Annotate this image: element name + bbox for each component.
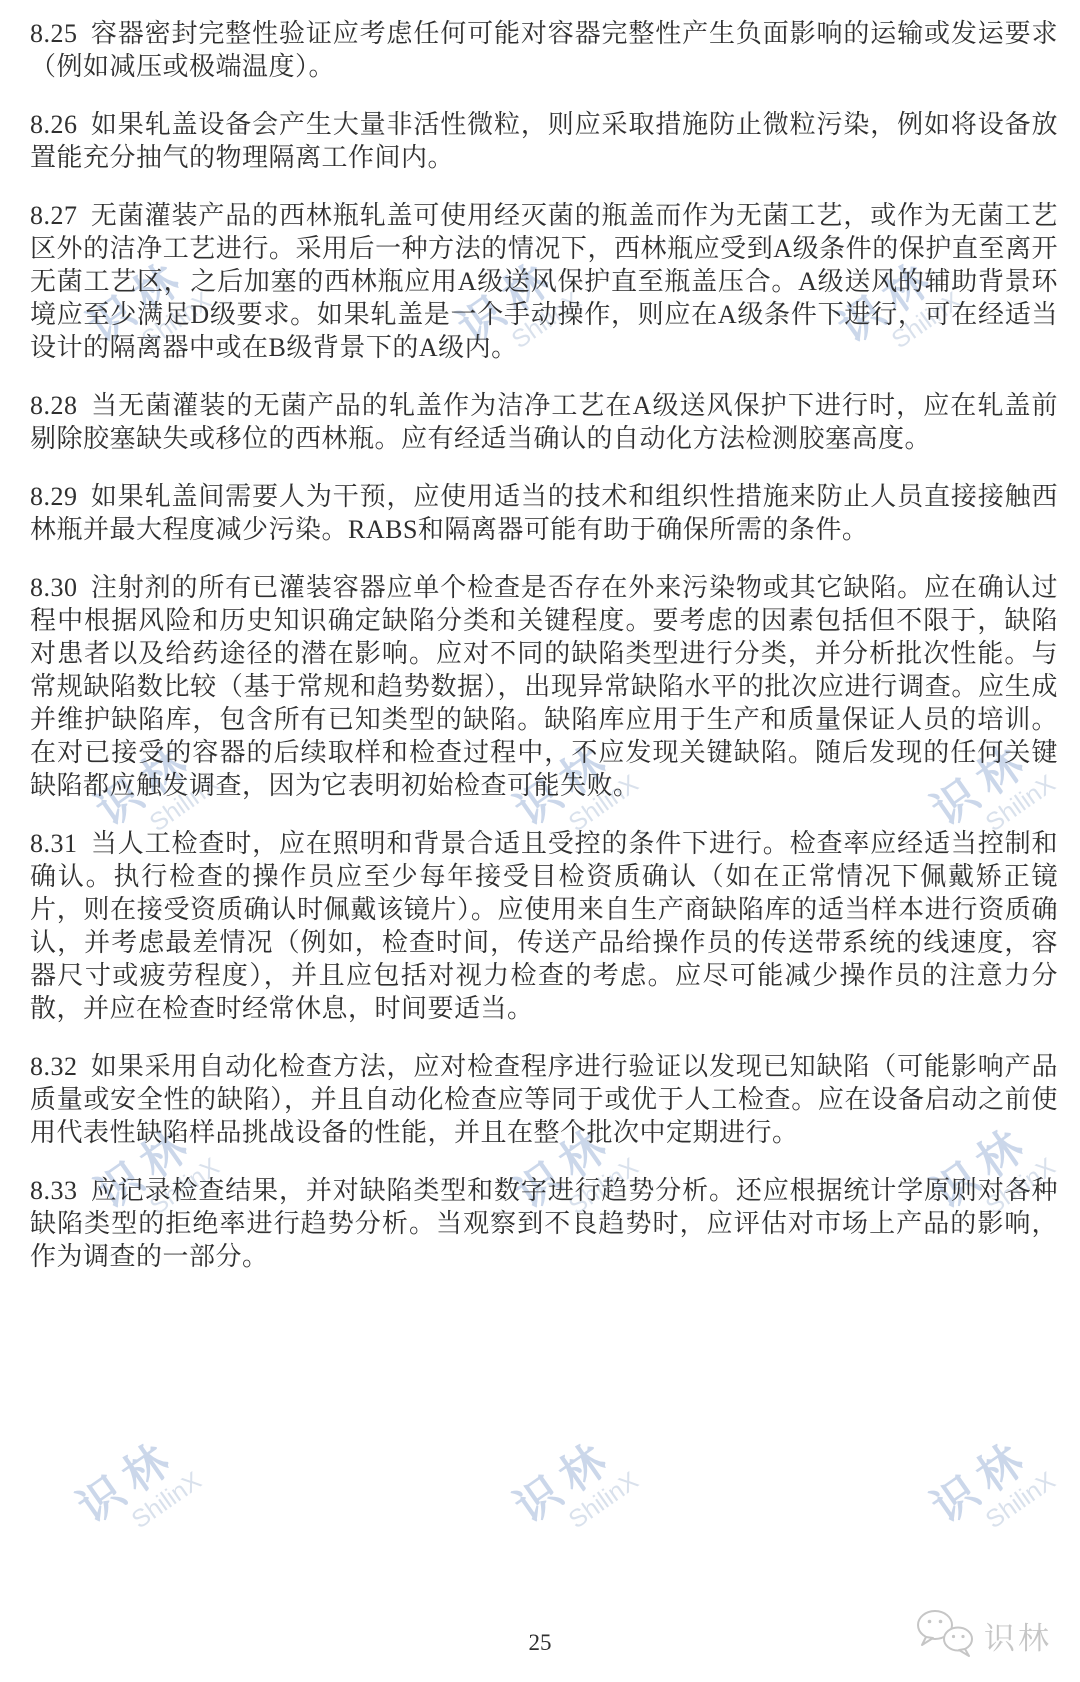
watermark-en-text: ShilinX — [127, 1467, 207, 1535]
watermark-cn-text: 识林 — [63, 1417, 193, 1535]
paragraph: 8.29如果轧盖间需要人为干预，应使用适当的技术和组织性措施来防止人员直接接触西… — [30, 480, 1058, 546]
paragraph: 8.32如果采用自动化检查方法，应对检查程序进行验证以发现已知缺陷（可能影响产品… — [30, 1050, 1058, 1149]
paragraph: 8.26如果轧盖设备会产生大量非活性微粒，则应采取措施防止微粒污染，例如将设备放… — [30, 108, 1058, 174]
watermark: 识林ShilinX — [63, 1417, 207, 1555]
clause-number: 8.33 — [30, 1176, 78, 1205]
paragraph: 8.33应记录检查结果，并对缺陷类型和数字进行趋势分析。还应根据统计学原则对各种… — [30, 1174, 1058, 1273]
clause-text: 注射剂的所有已灌装容器应单个检查是否存在外来污染物或其它缺陷。应在确认过程中根据… — [30, 573, 1058, 800]
clause-text: 当无菌灌装的无菌产品的轧盖作为洁净工艺在A级送风保护下进行时，应在轧盖前剔除胶塞… — [30, 391, 1058, 453]
watermark-cn-text: 识林 — [917, 1417, 1047, 1535]
clause-number: 8.30 — [30, 573, 78, 602]
clause-number: 8.27 — [30, 201, 78, 230]
watermark: 识林ShilinX — [917, 1417, 1061, 1555]
watermark-cn-text: 识林 — [500, 1417, 630, 1535]
watermark-en-text: ShilinX — [981, 1467, 1061, 1535]
clause-text: 如果采用自动化检查方法，应对检查程序进行验证以发现已知缺陷（可能影响产品质量或安… — [30, 1052, 1058, 1147]
clause-number: 8.32 — [30, 1052, 78, 1081]
paragraph: 8.27无菌灌装产品的西林瓶轧盖可使用经灭菌的瓶盖而作为无菌工艺，或作为无菌工艺… — [30, 199, 1058, 364]
clause-text: 容器密封完整性验证应考虑任何可能对容器完整性产生负面影响的运输或发运要求（例如减… — [30, 19, 1058, 81]
clause-text: 如果轧盖间需要人为干预，应使用适当的技术和组织性措施来防止人员直接接触西林瓶并最… — [30, 482, 1058, 544]
clause-number: 8.25 — [30, 19, 78, 48]
clause-text: 应记录检查结果，并对缺陷类型和数字进行趋势分析。还应根据统计学原则对各种缺陷类型… — [30, 1176, 1058, 1271]
page-number: 25 — [0, 1630, 1080, 1656]
paragraph: 8.25容器密封完整性验证应考虑任何可能对容器完整性产生负面影响的运输或发运要求… — [30, 17, 1058, 83]
paragraph: 8.28当无菌灌装的无菌产品的轧盖作为洁净工艺在A级送风保护下进行时，应在轧盖前… — [30, 389, 1058, 455]
document-page: 8.25容器密封完整性验证应考虑任何可能对容器完整性产生负面影响的运输或发运要求… — [30, 17, 1058, 1298]
clause-number: 8.26 — [30, 110, 78, 139]
clause-number: 8.29 — [30, 482, 78, 511]
clause-number: 8.31 — [30, 829, 78, 858]
clause-text: 当人工检查时，应在照明和背景合适且受控的条件下进行。检查率应经适当控制和确认。执… — [30, 829, 1058, 1023]
clause-number: 8.28 — [30, 391, 78, 420]
watermark: 识林ShilinX — [500, 1417, 644, 1555]
clause-text: 无菌灌装产品的西林瓶轧盖可使用经灭菌的瓶盖而作为无菌工艺，或作为无菌工艺区外的洁… — [30, 201, 1058, 362]
watermark-en-text: ShilinX — [564, 1467, 644, 1535]
paragraph: 8.30注射剂的所有已灌装容器应单个检查是否存在外来污染物或其它缺陷。应在确认过… — [30, 571, 1058, 802]
paragraph: 8.31当人工检查时，应在照明和背景合适且受控的条件下进行。检查率应经适当控制和… — [30, 827, 1058, 1025]
clause-text: 如果轧盖设备会产生大量非活性微粒，则应采取措施防止微粒污染，例如将设备放置能充分… — [30, 110, 1058, 172]
